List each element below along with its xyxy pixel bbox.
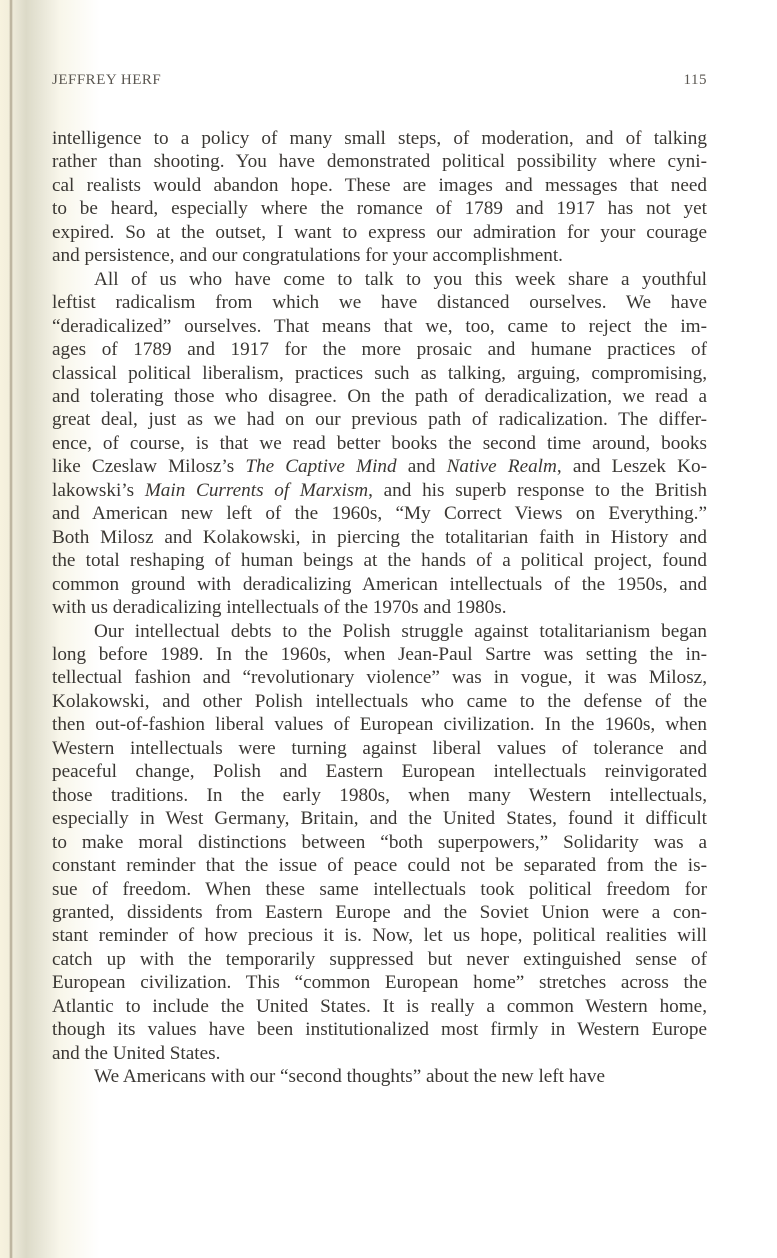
text-line: and American new left of the 1960s, “My … (52, 502, 707, 525)
text-line: then out-of-fashion liberal values of Eu… (52, 713, 707, 736)
text-line: the total reshaping of human beings at t… (52, 549, 707, 572)
text-line: expired. So at the outset, I want to exp… (52, 221, 707, 244)
text-line: cal realists would abandon hope. These a… (52, 174, 707, 197)
paragraph: intelligence to a policy of many small s… (52, 127, 707, 268)
text-line: peaceful change, Polish and Eastern Euro… (52, 760, 707, 783)
text-line: lakowski’s Main Currents of Marxism, and… (52, 479, 707, 502)
text-line: constant reminder that the issue of peac… (52, 854, 707, 877)
text-line: granted, dissidents from Eastern Europe … (52, 901, 707, 924)
text-line: Kolakowski, and other Polish intellectua… (52, 690, 707, 713)
text-line: classical political liberalism, practice… (52, 362, 707, 385)
running-head-author: JEFFREY HERF (52, 72, 161, 89)
text-line: like Czeslaw Milosz’s The Captive Mind a… (52, 455, 707, 478)
text-line: leftist radicalism from which we have di… (52, 291, 707, 314)
book-title: Native Realm (447, 456, 557, 477)
paragraph: We Americans with our “second thoughts” … (52, 1065, 707, 1088)
text-line: Atlantic to include the United States. I… (52, 995, 707, 1018)
text-line: ages of 1789 and 1917 for the more prosa… (52, 338, 707, 361)
book-title: Main Currents of Marxism (145, 480, 368, 501)
text-line: to make moral distinctions between “both… (52, 831, 707, 854)
paragraph: Our intellectual debts to the Polish str… (52, 620, 707, 1066)
text-line: long before 1989. In the 1960s, when Jea… (52, 643, 707, 666)
page-edge (9, 0, 13, 1258)
text-line: European civilization. This “common Euro… (52, 971, 707, 994)
page-number: 115 (684, 72, 707, 89)
text-line: and persistence, and our congratulations… (52, 244, 707, 267)
text-line: and the United States. (52, 1042, 707, 1065)
text-line: Our intellectual debts to the Polish str… (52, 620, 707, 643)
book-title: The Captive Mind (245, 456, 396, 477)
running-header: JEFFREY HERF 115 (52, 72, 707, 96)
text-line: We Americans with our “second thoughts” … (52, 1065, 707, 1088)
text-line: those traditions. In the early 1980s, wh… (52, 784, 707, 807)
text-line: though its values have been institutiona… (52, 1018, 707, 1041)
text-line: stant reminder of how precious it is. No… (52, 924, 707, 947)
text-line: All of us who have come to talk to you t… (52, 268, 707, 291)
text-line: “deradicalized” ourselves. That means th… (52, 315, 707, 338)
text-line: tellectual fashion and “revolutionary vi… (52, 666, 707, 689)
text-line: common ground with deradicalizing Americ… (52, 573, 707, 596)
paragraph: All of us who have come to talk to you t… (52, 268, 707, 620)
text-line: intelligence to a policy of many small s… (52, 127, 707, 150)
text-line: Both Milosz and Kolakowski, in piercing … (52, 526, 707, 549)
text-line: and tolerating those who disagree. On th… (52, 385, 707, 408)
text-line: Western intellectuals were turning again… (52, 737, 707, 760)
text-line: great deal, just as we had on our previo… (52, 408, 707, 431)
text-line: with us deradicalizing intellectuals of … (52, 596, 707, 619)
body-text: intelligence to a policy of many small s… (52, 127, 707, 1089)
text-line: rather than shooting. You have demonstra… (52, 150, 707, 173)
text-line: to be heard, especially where the romanc… (52, 197, 707, 220)
text-line: catch up with the temporarily suppressed… (52, 948, 707, 971)
text-line: sue of freedom. When these same intellec… (52, 878, 707, 901)
text-line: ence, of course, is that we read better … (52, 432, 707, 455)
text-line: especially in West Germany, Britain, and… (52, 807, 707, 830)
